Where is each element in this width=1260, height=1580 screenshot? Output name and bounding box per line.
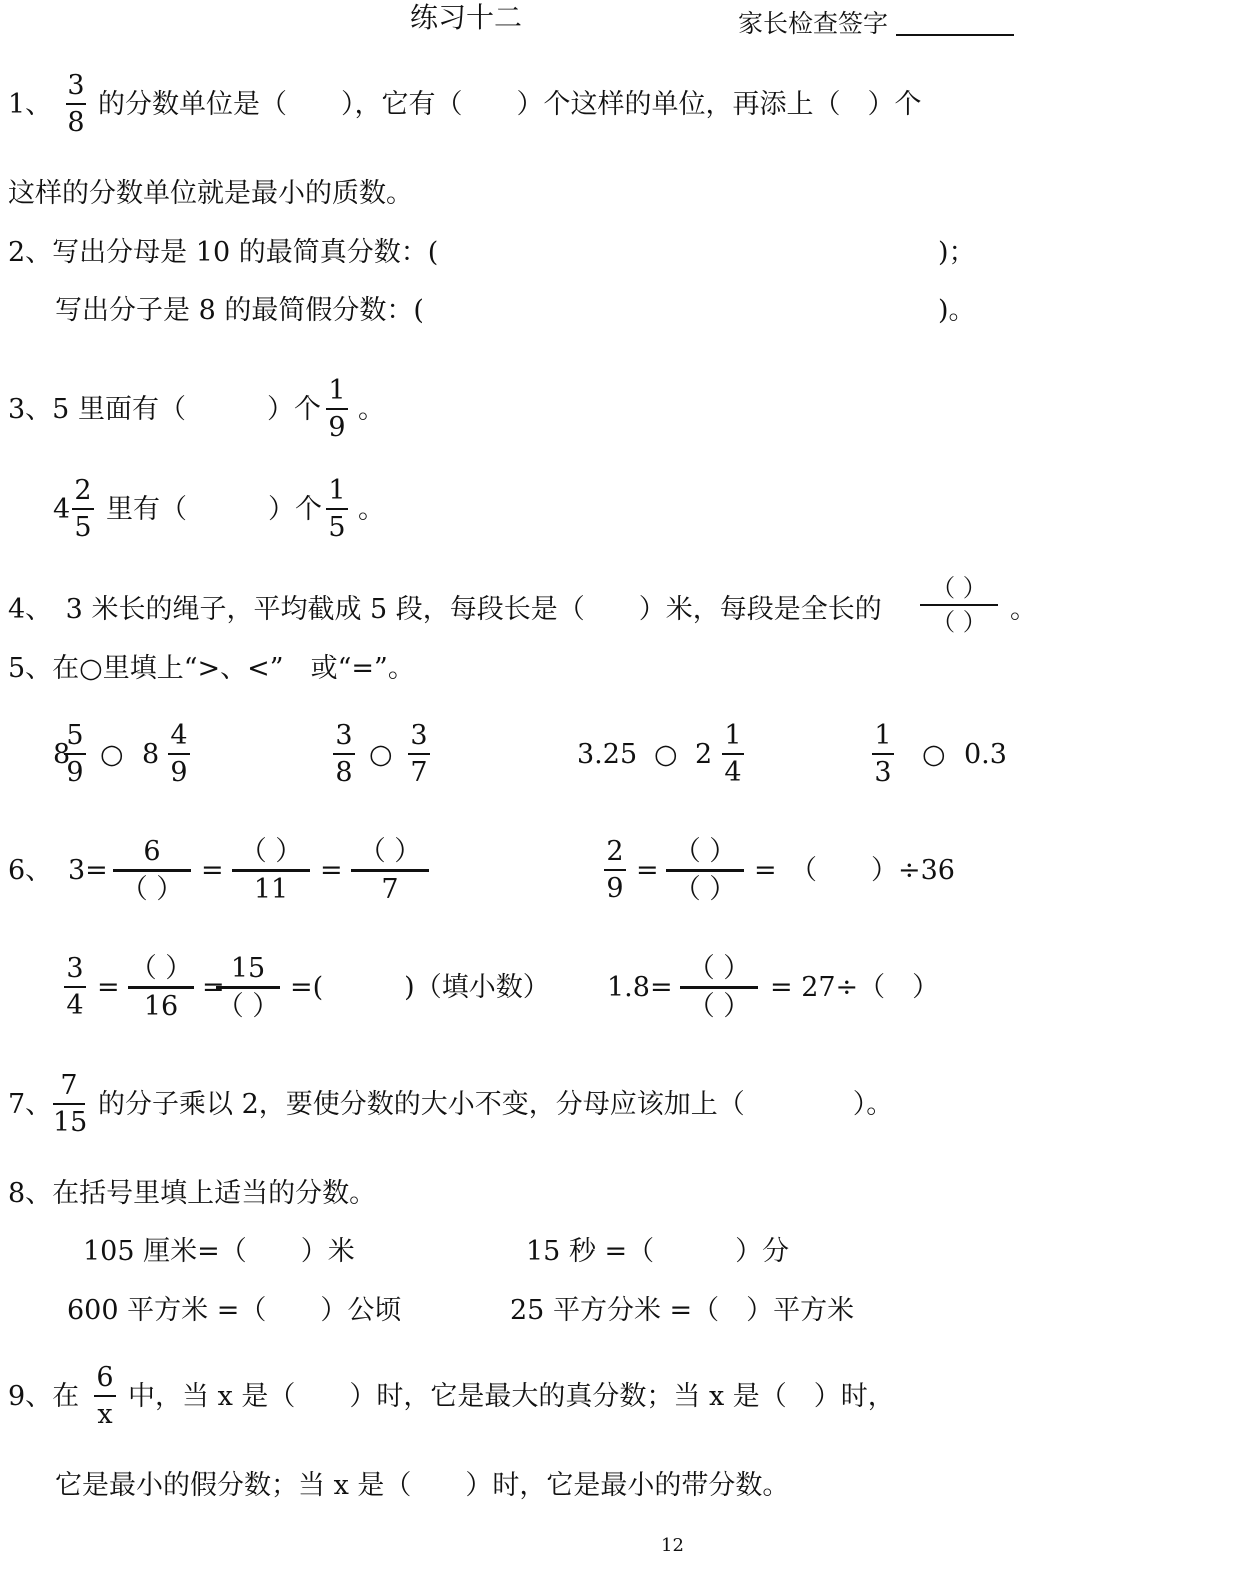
denominator: 11: [232, 876, 310, 903]
q3-frac-1-5: 15: [326, 477, 348, 541]
fraction-bar: [666, 869, 744, 872]
q8-instruction: 8、在括号里填上适当的分数。: [8, 1180, 376, 1207]
denominator: 5: [72, 514, 94, 541]
numerator: 7: [53, 1072, 85, 1099]
q5-instruction: 5、在○里填上“>、<” 或“=”。: [8, 655, 415, 682]
q2-line2: 写出分子是 8 的最简假分数：(: [55, 297, 424, 324]
q5-a-left-frac: 59: [64, 722, 86, 786]
q6-r1-frac2: （ ）11: [232, 838, 310, 903]
q6-r2-eq1: =: [97, 974, 120, 1001]
denominator: 4: [64, 992, 86, 1019]
fraction-bar: [680, 986, 758, 989]
q6-r1r-eq1: =: [636, 857, 659, 884]
denominator: x: [94, 1401, 116, 1428]
numerator: 6: [113, 838, 191, 865]
q1-fraction: 38: [66, 72, 86, 136]
q5-b-circle[interactable]: ○: [369, 741, 393, 768]
q9-text-cont: 它是最小的假分数；当 x 是（ ）时，它是最小的带分数。: [55, 1472, 789, 1499]
q6-r2r-prefix: 1.8=: [607, 974, 673, 1001]
fraction-bar: [53, 1103, 85, 1105]
q3-line1-end: 。: [358, 396, 385, 423]
fraction-bar: [168, 753, 190, 755]
q6-r1r-eq2: =: [754, 857, 777, 884]
q3-mixed-whole: 4: [53, 496, 70, 523]
q6-r2r-frac: （ ）（ ）: [680, 955, 758, 1020]
fraction-bar: [64, 753, 86, 755]
fraction-bar: [408, 753, 430, 755]
q4-end: 。: [1010, 596, 1037, 623]
q6-r1r-frac2: （ ）（ ）: [666, 838, 744, 903]
q6-r2-frac1: 34: [64, 955, 86, 1019]
q5-d-circle[interactable]: ○: [922, 741, 946, 768]
denominator: 15: [53, 1109, 85, 1136]
numerator: 1: [722, 722, 744, 749]
q2-line2-end: )。: [938, 297, 976, 324]
denominator-blank[interactable]: （ ）: [680, 993, 758, 1020]
q6-r1-eq1: =: [201, 857, 224, 884]
numerator: 4: [168, 722, 190, 749]
q6-r2r-tail: = 27÷（ ）: [770, 974, 939, 1001]
q6-r2-tail: =( )（填小数）: [290, 974, 550, 1001]
q5-d-right: 0.3: [964, 741, 1007, 768]
q5-b-right-frac: 37: [408, 722, 430, 786]
q8-item-1: 105 厘米=（ ）米: [83, 1238, 355, 1265]
q5-d-left-frac: 13: [872, 722, 894, 786]
denominator-blank[interactable]: （ ）: [216, 993, 280, 1020]
q5-c-right-whole: 2: [695, 741, 712, 768]
signature-line[interactable]: [896, 34, 1014, 36]
fraction-bar: [66, 103, 86, 105]
page-number: 12: [661, 1537, 684, 1555]
numerator: 3: [408, 722, 430, 749]
q8-item-3: 600 平方米 =（ ）公顷: [67, 1297, 401, 1324]
numerator: 5: [64, 722, 86, 749]
numerator-blank[interactable]: （ ）: [666, 838, 744, 865]
q7-number: 7、: [8, 1091, 52, 1118]
q5-a-right-whole: 8: [142, 741, 159, 768]
fraction-bar: [113, 869, 191, 872]
fraction-bar: [920, 604, 998, 606]
q7-fraction: 715: [53, 1072, 85, 1136]
numerator: 2: [604, 838, 626, 865]
denominator: 4: [722, 759, 744, 786]
denominator-blank[interactable]: （ ）: [920, 610, 998, 634]
numerator-blank[interactable]: （ ）: [351, 838, 429, 865]
fraction-bar: [326, 408, 348, 410]
fraction-bar: [216, 986, 280, 989]
q1-text: 的分数单位是（ ），它有（ ）个这样的单位，再添上（ ）个: [98, 91, 922, 118]
numerator: 3: [333, 722, 355, 749]
numerator-blank[interactable]: （ ）: [680, 955, 758, 982]
denominator: 7: [351, 876, 429, 903]
q9-fraction: 6x: [94, 1364, 116, 1428]
numerator: 1: [326, 477, 348, 504]
fraction-bar: [722, 753, 744, 755]
denominator: 9: [168, 759, 190, 786]
fraction-bar: [351, 869, 429, 872]
q9-prefix: 9、在: [8, 1383, 79, 1410]
q6-r2-frac3: 15（ ）: [216, 955, 280, 1020]
q5-a-circle[interactable]: ○: [100, 741, 124, 768]
numerator: 15: [216, 955, 280, 982]
q3-line2-end: 。: [358, 496, 385, 523]
denominator: 7: [408, 759, 430, 786]
numerator-blank[interactable]: （ ）: [232, 838, 310, 865]
q6-number: 6、: [8, 857, 52, 884]
q6-r1-prefix: 3=: [68, 857, 108, 884]
q5-c-right-frac: 14: [722, 722, 744, 786]
numerator: 1: [872, 722, 894, 749]
fraction-bar: [326, 508, 348, 510]
parent-signature-label: 家长检查签字: [738, 11, 888, 36]
q6-r1r-tail: （ ）÷36: [790, 857, 955, 884]
q2-line1-end: )；: [938, 239, 976, 266]
denominator-blank[interactable]: （ ）: [113, 876, 191, 903]
q3-line2: 里有（ ）个: [106, 496, 322, 523]
q8-item-4: 25 平方分米 =（ ）平方米: [510, 1297, 854, 1324]
fraction-bar: [94, 1395, 116, 1397]
q9-text: 中，当 x 是（ ）时，它是最大的真分数；当 x 是（ ）时，: [128, 1383, 895, 1410]
fraction-bar: [333, 753, 355, 755]
q3-line1: 3、5 里面有（ ）个: [8, 396, 321, 423]
q3-frac-1-9: 19: [326, 377, 348, 441]
numerator: 6: [94, 1364, 116, 1391]
q4-text: 4、 3 米长的绳子，平均截成 5 段，每段长是（ ）米，每段是全长的: [8, 596, 882, 623]
numerator: 3: [66, 72, 86, 99]
q6-r1-frac1: 6（ ）: [113, 838, 191, 903]
q8-item-2: 15 秒 =（ ）分: [526, 1238, 789, 1265]
q3-frac-2-5: 25: [72, 477, 94, 541]
denominator: 3: [872, 759, 894, 786]
denominator-blank[interactable]: （ ）: [666, 876, 744, 903]
denominator: 8: [66, 109, 86, 136]
numerator: 3: [64, 955, 86, 982]
q5-c-left: 3.25: [577, 741, 637, 768]
q7-text: 的分子乘以 2，要使分数的大小不变，分母应该加上（ ）。: [98, 1091, 893, 1118]
q5-b-left-frac: 38: [333, 722, 355, 786]
denominator: 9: [326, 414, 348, 441]
denominator: 9: [64, 759, 86, 786]
numerator-blank[interactable]: （ ）: [920, 576, 998, 600]
q5-c-circle[interactable]: ○: [654, 741, 678, 768]
q1-text-cont: 这样的分数单位就是最小的质数。: [8, 180, 413, 207]
denominator: 16: [128, 993, 194, 1020]
denominator: 9: [604, 875, 626, 902]
fraction-bar: [64, 986, 86, 988]
denominator: 5: [326, 514, 348, 541]
numerator-blank[interactable]: （ ）: [128, 955, 194, 982]
fraction-bar: [232, 869, 310, 872]
q4-fraction-blank[interactable]: （ ）（ ）: [920, 576, 998, 634]
q1-number: 1、: [8, 91, 52, 118]
fraction-bar: [872, 753, 894, 755]
q6-r1r-frac1: 29: [604, 838, 626, 902]
q5-a-right-frac: 49: [168, 722, 190, 786]
q6-r1-eq2: =: [320, 857, 343, 884]
fraction-bar: [604, 869, 626, 871]
fraction-bar: [72, 508, 94, 510]
fraction-bar: [128, 986, 194, 989]
q6-r2-frac2: （ ）16: [128, 955, 194, 1020]
worksheet-title: 练习十二: [410, 4, 522, 32]
q2-line1: 2、写出分母是 10 的最简真分数：(: [8, 239, 438, 266]
numerator: 1: [326, 377, 348, 404]
denominator: 8: [333, 759, 355, 786]
q6-r1-frac3: （ ）7: [351, 838, 429, 903]
numerator: 2: [72, 477, 94, 504]
